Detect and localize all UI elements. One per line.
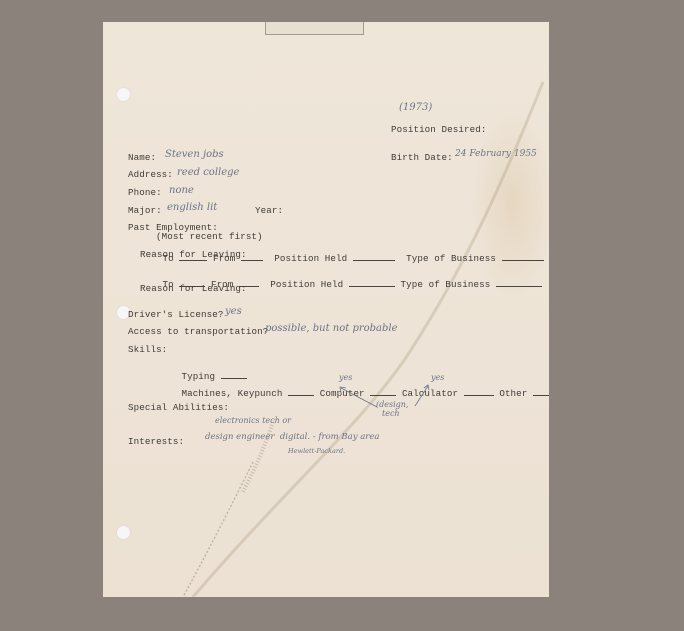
name-value: Steven jobs: [165, 149, 224, 160]
transportation-value: possible, but not probable: [265, 323, 398, 334]
machines-keypunch-label: Machines, Keypunch: [181, 388, 282, 399]
address-label: Address:: [128, 169, 173, 180]
year-note: (1973): [399, 102, 432, 113]
computer-value: yes: [339, 373, 352, 382]
position-held-blank[interactable]: [353, 251, 395, 261]
position-held-label: Position Held: [274, 253, 347, 264]
position-held-blank[interactable]: [349, 277, 395, 287]
skills-label: Skills:: [128, 344, 167, 355]
name-label: Name:: [128, 152, 156, 163]
reason-for-leaving-label-2: Reason for Leaving:: [140, 283, 247, 294]
calculator-value: yes: [431, 373, 444, 382]
drivers-license-label: Driver's License?: [128, 309, 223, 320]
special-abilities-label: Special Abilities:: [128, 402, 229, 413]
type-of-business-label: Type of Business: [406, 253, 496, 264]
type-of-business-blank[interactable]: [502, 251, 544, 261]
skills-annotation-line1: (design,: [376, 400, 408, 409]
keypunch-blank[interactable]: [288, 386, 314, 396]
special-abilities-value: electronics tech or: [215, 416, 291, 425]
interests-value-line2: Hewlett-Packard.: [288, 447, 345, 455]
drivers-license-value: yes: [225, 306, 242, 317]
other-blank[interactable]: [533, 386, 549, 396]
birth-date-label: Birth Date:: [391, 152, 453, 163]
skills-annotation-line2: tech: [382, 409, 400, 418]
transportation-label: Access to transportation?: [128, 326, 268, 337]
position-held-label: Position Held: [270, 279, 343, 290]
punch-hole-top: [117, 88, 130, 101]
major-label: Major:: [128, 205, 162, 216]
major-value: english lit: [167, 202, 217, 213]
birth-date-value: 24 February 1955: [455, 149, 537, 159]
position-desired-label: Position Desired:: [391, 124, 486, 135]
type-of-business-label: Type of Business: [401, 279, 491, 290]
phone-label: Phone:: [128, 187, 162, 198]
calculator-blank[interactable]: [464, 386, 494, 396]
type-of-business-blank[interactable]: [496, 277, 542, 287]
reason-for-leaving-label-1: Reason for Leaving:: [140, 249, 247, 260]
other-label: Other: [499, 388, 527, 399]
interests-label: Interests:: [128, 436, 184, 447]
address-value: reed college: [177, 167, 239, 178]
punch-hole-bottom: [117, 526, 130, 539]
phone-value: none: [169, 185, 194, 196]
paper-tab: [265, 22, 364, 35]
interests-value: design engineer digital. - from Bay area: [205, 432, 379, 442]
job-application-document: (1973) Position Desired: Name: Steven jo…: [103, 22, 549, 597]
year-label: Year:: [255, 205, 283, 216]
